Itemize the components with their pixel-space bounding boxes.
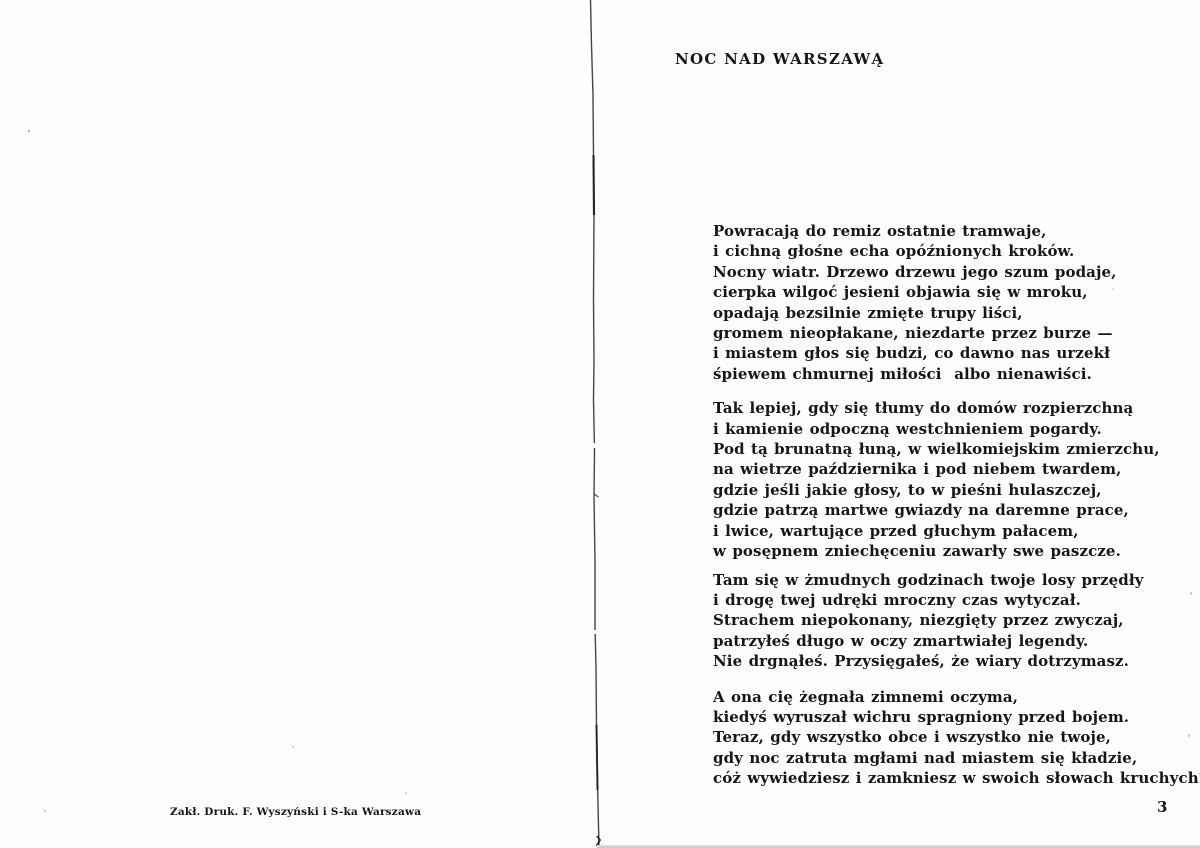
poem-line: cierpka wilgoć jesieni objawia się w mro… xyxy=(713,282,1183,302)
poem-line: i drogę twej udręki mroczny czas wytycza… xyxy=(713,590,1183,610)
poem-line: i cichną głośne echa opóźnionych kroków. xyxy=(713,241,1183,261)
poem-line: Strachem niepokonany, niezgięty przez zw… xyxy=(713,610,1183,630)
stanza-1: Powracają do remiz ostatnie tramwaje, i … xyxy=(713,221,1183,384)
poem-line: Powracają do remiz ostatnie tramwaje, xyxy=(713,221,1183,241)
poem-line: i kamienie odpoczną westchnieniem pogard… xyxy=(713,419,1183,439)
stanza-3: Tam się w żmudnych godzinach twoje losy … xyxy=(713,570,1183,672)
poem-line: Tam się w żmudnych godzinach twoje losy … xyxy=(713,570,1183,590)
poem-line: w posępnem zniechęceniu zawarły swe pasz… xyxy=(713,541,1183,561)
poem-line: gdzie jeśli jakie głosy, to w pieśni hul… xyxy=(713,480,1183,500)
poem-line: patrzyłeś długo w oczy zmartwiałej legen… xyxy=(713,631,1183,651)
poem-line: Nocny wiatr. Drzewo drzewu jego szum pod… xyxy=(713,262,1183,282)
scan-speck xyxy=(292,746,294,748)
poem-line: gdy noc zatruta mgłami nad miastem się k… xyxy=(713,748,1183,768)
poem-line: kiedyś wyruszał wichru spragniony przed … xyxy=(713,707,1183,727)
poem-line: cóż wywiedziesz i zamkniesz w swoich sło… xyxy=(713,768,1183,788)
stanza-2: Tak lepiej, gdy się tłumy do domów rozpi… xyxy=(713,398,1183,561)
poem-title: NOC NAD WARSZAWĄ xyxy=(675,50,884,68)
poem-line: Pod tą brunatną łuną, w wielkomiejskim z… xyxy=(713,439,1183,459)
poem-line: i miastem głos się budzi, co dawno nas u… xyxy=(713,343,1183,363)
poem-body: Powracają do remiz ostatnie tramwaje, i … xyxy=(713,221,1183,789)
scan-speck xyxy=(28,130,30,132)
book-gutter-line xyxy=(583,0,607,848)
printer-imprint: Zakł. Druk. F. Wyszyński i S-ka Warszawa xyxy=(170,806,421,818)
poem-line: śpiewem chmurnej miłości albo nienawiści… xyxy=(713,364,1183,384)
poem-line: A ona cię żegnała zimnemi oczyma, xyxy=(713,687,1183,707)
poem-line: Tak lepiej, gdy się tłumy do domów rozpi… xyxy=(713,398,1183,418)
scan-speck xyxy=(1188,734,1190,737)
poem-line: na wietrze października i pod niebem twa… xyxy=(713,459,1183,479)
poem-line: Teraz, gdy wszystko obce i wszystko nie … xyxy=(713,727,1183,747)
poem-line: Nie drgnąłeś. Przysięgałeś, że wiary dot… xyxy=(713,651,1183,671)
scan-speck xyxy=(1190,592,1192,595)
scan-speck xyxy=(405,792,407,794)
poem-line: gdzie patrzą martwe gwiazdy na daremne p… xyxy=(713,500,1183,520)
stanza-4: A ona cię żegnała zimnemi oczyma, kiedyś… xyxy=(713,687,1183,789)
book-spread: Zakł. Druk. F. Wyszyński i S-ka Warszawa… xyxy=(0,0,1200,848)
scan-speck xyxy=(1112,288,1114,290)
page-number: 3 xyxy=(1157,798,1167,816)
poem-line: opadają bezsilnie zmięte trupy liści, xyxy=(713,303,1183,323)
poem-line: gromem nieopłakane, niezdarte przez burz… xyxy=(713,323,1183,343)
poem-line: i lwice, wartujące przed głuchym pałacem… xyxy=(713,521,1183,541)
scan-speck xyxy=(44,810,46,812)
